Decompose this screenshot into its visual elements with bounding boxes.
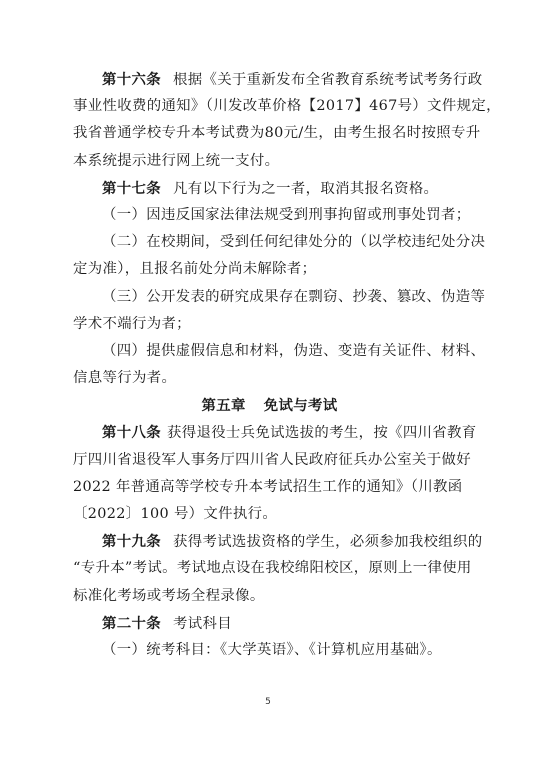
list-item-text: 学术不端行为者； [73,311,466,338]
article-text: 根据《关于重新发布全省教育系统考试考务行政 [173,72,483,88]
list-item-2: （二）在校期间，受到任何纪律处分的（以学校违纪处分决 定为准），且报名前处分尚未… [73,229,466,283]
document-page: 第十六条根据《关于重新发布全省教育系统考试考务行政 事业性收费的通知》（川发改革… [0,0,536,759]
article-number: 第十七条 [102,180,161,197]
article-18: 第十八条获得退役士兵免试选拔的考生，按《四川省教育 厅四川省退役军人事务厅四川省… [73,419,466,528]
chapter-title: 免试与考试 [264,397,338,414]
chapter-number: 第五章 [202,397,246,414]
article-text-line: “专升本”考试。考试地点设在我校绵阳校区，原则上一律使用 [73,555,466,582]
article-text-line: 事业性收费的通知》（川发改革价格【2017】467号）文件规定， [73,93,466,120]
article-text-line: 〔2022〕100 号）文件执行。 [73,501,466,528]
list-item-4: （四）提供虚假信息和材料，伪造、变造有关证件、材料、 信息等行为者。 [73,338,466,392]
document-body: 第十六条根据《关于重新发布全省教育系统考试考务行政 事业性收费的通知》（川发改革… [73,66,466,664]
article-number: 第十八条 [102,424,161,441]
article-text: 凡有以下行为之一者，取消其报名资格。 [173,181,438,197]
article-17: 第十七条凡有以下行为之一者，取消其报名资格。 [73,175,466,202]
list-item-text: （二）在校期间，受到任何纪律处分的（以学校违纪处分决 [73,229,466,256]
article-text-line: 我省普通学校专升本考试费为80元/生，由考生报名时按照专升 [73,120,466,147]
article-text: 考试科目 [173,616,232,632]
list-item-text: （一）统考科目：《大学英语》、《计算机应用基础》。 [73,637,466,664]
article-text: 获得考试选拔资格的学生，必须参加我校组织的 [173,534,483,550]
list-item-1: （一）因违反国家法律法规受到刑事拘留或刑事处罚者； [73,202,466,229]
list-item-exam-subjects: （一）统考科目：《大学英语》、《计算机应用基础》。 [73,637,466,664]
article-number: 第二十条 [102,615,161,632]
chapter-heading: 第五章免试与考试 [73,392,466,419]
article-16: 第十六条根据《关于重新发布全省教育系统考试考务行政 事业性收费的通知》（川发改革… [73,66,466,175]
list-item-text: （四）提供虚假信息和材料，伪造、变造有关证件、材料、 [73,338,466,365]
page-number: 5 [0,697,536,707]
list-item-3: （三）公开发表的研究成果存在剽窃、抄袭、篡改、伪造等 学术不端行为者； [73,284,466,338]
article-text-line: 2022 年普通高等学校专升本考试招生工作的通知》（川教函 [73,474,466,501]
article-text-line: 标准化考场或考场全程录像。 [73,583,466,610]
article-text-line: 厅四川省退役军人事务厅四川省人民政府征兵办公室关于做好 [73,447,466,474]
article-19: 第十九条获得考试选拔资格的学生，必须参加我校组织的 “专升本”考试。考试地点设在… [73,528,466,610]
article-number: 第十六条 [102,71,161,88]
list-item-text: 信息等行为者。 [73,365,466,392]
list-item-text: （一）因违反国家法律法规受到刑事拘留或刑事处罚者； [73,202,466,229]
list-item-text: （三）公开发表的研究成果存在剽窃、抄袭、篡改、伪造等 [73,284,466,311]
list-item-text: 定为准），且报名前处分尚未解除者； [73,256,466,283]
article-text-line: 本系统提示进行网上统一支付。 [73,148,466,175]
article-number: 第十九条 [102,533,161,550]
article-text: 获得退役士兵免试选拔的考生，按《四川省教育 [167,425,477,441]
article-20: 第二十条考试科目 [73,610,466,637]
